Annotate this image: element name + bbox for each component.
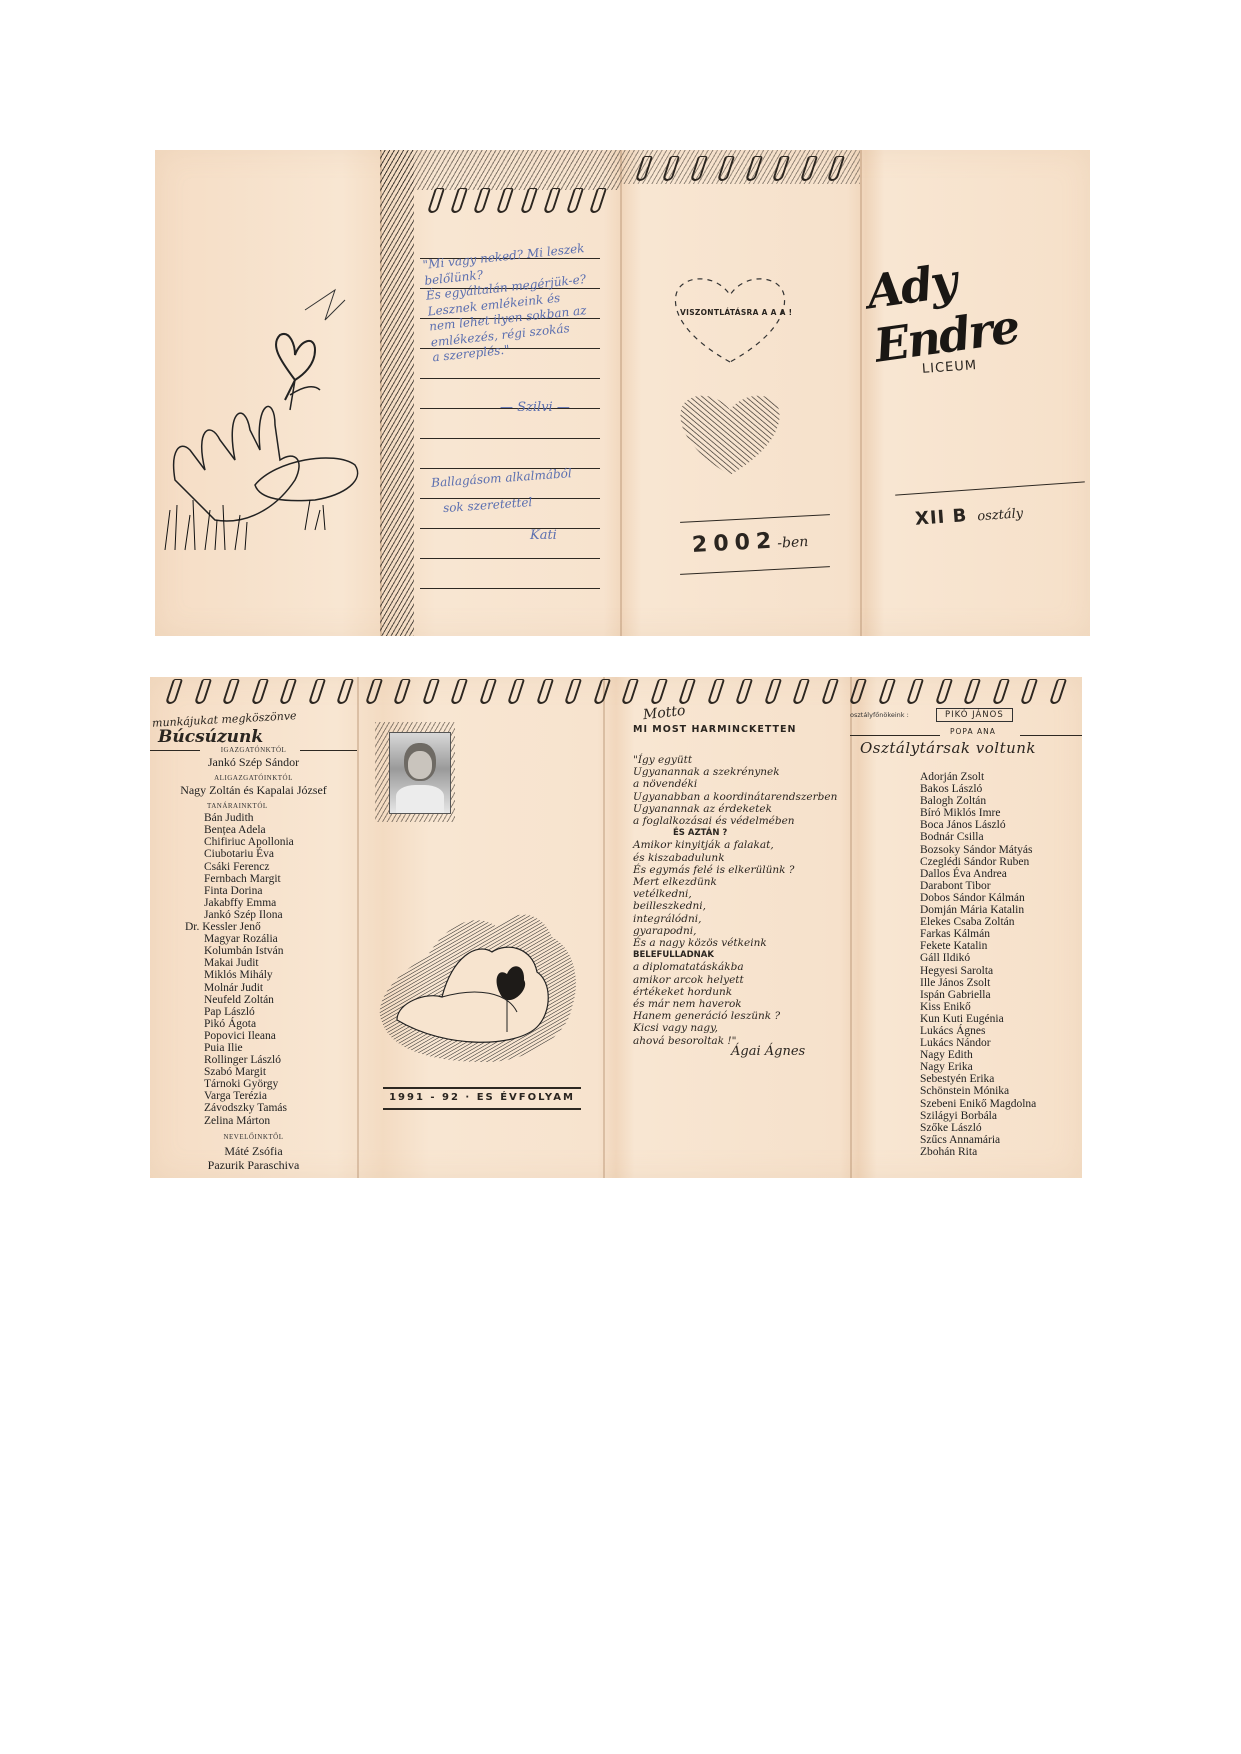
hand-flower-drawing-icon <box>155 150 380 636</box>
poem-line: értékeket hordunk <box>633 986 848 998</box>
student-name: Bakos László <box>920 783 1036 795</box>
year-banner: 1991 - 92 · ES ÉVFOLYAM <box>383 1092 581 1103</box>
student-name: Schönstein Mónika <box>920 1085 1036 1097</box>
student-name: Szebeni Enikő Magdolna <box>920 1098 1036 1110</box>
student-name: Gáll Ildikó <box>920 952 1036 964</box>
poem-line: ÉS AZTÁN ? <box>633 827 848 839</box>
handwritten-note: "Mi vagy neked? Mi leszek belőlünk? És e… <box>422 238 622 366</box>
front-panel-farewell: VISZONTLÁTÁSRA A A A ! 2002-ben <box>620 150 860 636</box>
student-name: Dobos Sándor Kálmán <box>920 892 1036 904</box>
student-name: Zbohán Rita <box>920 1146 1036 1158</box>
student-name: Sebestyén Erika <box>920 1073 1036 1085</box>
student-name: Dallos Éva Andrea <box>920 868 1036 880</box>
poem-line: integrálódni, <box>633 913 848 925</box>
teacher-name: Popovici Ileana <box>204 1030 357 1042</box>
student-name: Darabont Tibor <box>920 880 1036 892</box>
teacher-name: Pikó Ágota <box>204 1018 357 1030</box>
student-name: Balogh Zoltán <box>920 795 1036 807</box>
student-name: Ille János Zsolt <box>920 977 1036 989</box>
teacher-name: Bențea Adela <box>204 824 357 836</box>
poem-line: BELEFULLADNAK <box>633 949 848 961</box>
portrait-photo <box>389 732 451 814</box>
student-name: Nagy Erika <box>920 1061 1036 1073</box>
hatched-shadow <box>380 150 414 636</box>
front-panel-cover: Ady Endre LICEUM XII B osztály <box>860 150 1090 636</box>
hatched-shadow <box>380 150 620 190</box>
teacher-name: Puia Ilie <box>204 1042 357 1054</box>
student-name: Fekete Katalin <box>920 940 1036 952</box>
inside-panel-motto: Motto MI MOST HARMINCKETTEN "Így együttU… <box>603 677 850 1178</box>
teacher-name: Csáki Ferencz <box>204 861 357 873</box>
student-name: Bozsoky Sándor Mátyás <box>920 844 1036 856</box>
teacher-name: Bán Judith <box>204 812 357 824</box>
student-name: Adorján Zsolt <box>920 771 1036 783</box>
student-name: Farkas Kálmán <box>920 928 1036 940</box>
student-name: Bíró Miklós Imre <box>920 807 1036 819</box>
school-type: LICEUM <box>922 358 978 377</box>
student-name: Szűcs Annamária <box>920 1134 1036 1146</box>
poem-line: a diplomatatáskákba <box>633 961 848 973</box>
teacher-name: Kolumbán István <box>204 945 357 957</box>
poem-line: Ugyanabban a koordinátarendszerben <box>633 791 848 803</box>
front-panel-notebook: "Mi vagy neked? Mi leszek belőlünk? És e… <box>380 150 620 636</box>
poem-line: Ugyanannak a szekrénynek <box>633 766 848 778</box>
handwritten-farewell: Búcsúzunk <box>158 727 263 747</box>
poem-line: és már nem haverok <box>633 998 848 1010</box>
teacher-name: Finta Dorina <box>204 885 357 897</box>
teacher-name: Závodszky Tamás <box>204 1102 357 1114</box>
student-name: Ispán Gabriella <box>920 989 1036 1001</box>
teacher-name: Szabó Margit <box>204 1066 357 1078</box>
poem-line: És egymás felé is elkerülünk ? <box>633 864 848 876</box>
dedication-signature: Kati <box>530 528 557 543</box>
student-name: Szilágyi Borbála <box>920 1110 1036 1122</box>
poem-line: Mert elkezdünk <box>633 876 848 888</box>
teacher-name: Magyar Rozália <box>204 933 357 945</box>
inside-panel-teachers: munkájukat megköszönve Búcsúzunk IGAZGAT… <box>150 677 357 1178</box>
teacher-name: Zelina Márton <box>204 1115 357 1127</box>
spiral-binding <box>414 188 620 218</box>
teacher-name: Varga Terézia <box>204 1090 357 1102</box>
teacher-name: Neufeld Zoltán <box>204 994 357 1006</box>
motto-poem: "Így együttUgyanannak a szekrényneka növ… <box>633 754 848 1047</box>
teacher-name: Fernbach Margit <box>204 873 357 885</box>
poem-line: és kiszabadulunk <box>633 852 848 864</box>
homeroom-teacher-1: PIKÓ JÁNOS <box>936 708 1013 722</box>
inside-panel-photo: 1991 - 92 · ES ÉVFOLYAM <box>357 677 603 1178</box>
teacher-name: Jakabffy Emma <box>204 897 357 909</box>
leaflet-scan-inside: munkájukat megköszönve Búcsúzunk IGAZGAT… <box>150 677 1082 1178</box>
student-name: Kun Kuti Eugénia <box>920 1013 1036 1025</box>
poem-line: a foglalkozásai és védelmében <box>633 815 848 827</box>
inside-panel-classmates: osztályfőnökeink : PIKÓ JÁNOS POPA ANA O… <box>850 677 1082 1178</box>
student-name: Hegyesi Sarolta <box>920 965 1036 977</box>
teacher-name: Dr. Kessler Jenő <box>185 921 357 933</box>
poem-line: Hanem generáció leszünk ? <box>633 1010 848 1022</box>
note-signature: — Szilvi — <box>500 400 570 415</box>
student-name: Lukács Nándor <box>920 1037 1036 1049</box>
homeroom-teacher-2: POPA ANA <box>950 727 996 736</box>
heart-text: VISZONTLÁTÁSRA A A A ! <box>680 308 792 317</box>
front-panel-drawing <box>155 150 380 636</box>
class-label: XII B osztály <box>914 501 1023 529</box>
poem-author: Ágai Ágnes <box>731 1044 805 1059</box>
student-name: Nagy Edith <box>920 1049 1036 1061</box>
poem-line: vetélkedni, <box>633 888 848 900</box>
teacher-name: Makai Judit <box>204 957 357 969</box>
student-name: Bodnár Csilla <box>920 831 1036 843</box>
year-label: 2002-ben <box>691 527 808 558</box>
poem-line: "Így együtt <box>633 754 848 766</box>
hatched-heart-icon <box>675 390 785 480</box>
student-name: Szőke László <box>920 1122 1036 1134</box>
student-name: Domján Mária Katalin <box>920 904 1036 916</box>
poem-line: Ugyanannak az érdeketek <box>633 803 848 815</box>
poem-line: amikor arcok helyett <box>633 974 848 986</box>
student-name: Elekes Csaba Zoltán <box>920 916 1036 928</box>
teacher-name: Miklós Mihály <box>204 969 357 981</box>
school-name: Ady Endre <box>864 235 1097 373</box>
student-name: Boca János László <box>920 819 1036 831</box>
teacher-name: Ciubotariu Éva <box>204 848 357 860</box>
leaflet-scan-front: "Mi vagy neked? Mi leszek belőlünk? És e… <box>155 150 1090 636</box>
student-name: Lukács Ágnes <box>920 1025 1036 1037</box>
teacher-name: Tárnoki György <box>204 1078 357 1090</box>
motto-title: MI MOST HARMINCKETTEN <box>633 724 796 735</box>
hand-flower-drawing-icon <box>367 902 597 1072</box>
poem-line: a növendéki <box>633 778 848 790</box>
handwritten-dedication: Ballagásom alkalmából sok szeretettel <box>430 460 574 522</box>
dashed-heart-icon <box>670 270 790 370</box>
teacher-name: Pap László <box>204 1006 357 1018</box>
teachers-list: IGAZGATÓNKTÓL Jankó Szép Sándor ALIGAZGA… <box>150 746 357 1172</box>
student-name: Czeglédi Sándor Ruben <box>920 856 1036 868</box>
poem-line: gyarapodni, <box>633 925 848 937</box>
spiral-binding <box>620 156 860 186</box>
homeroom-label: osztályfőnökeink : <box>850 711 909 719</box>
poem-line: És a nagy közös vétkeink <box>633 937 848 949</box>
teacher-name: Chifiriuc Apollonia <box>204 836 357 848</box>
classmates-list: Adorján ZsoltBakos LászlóBalogh ZoltánBí… <box>920 771 1036 1158</box>
poem-line: Kicsi vagy nagy, <box>633 1022 848 1034</box>
classmates-heading: Osztálytársak voltunk <box>860 739 1036 757</box>
teacher-name: Molnár Judit <box>204 982 357 994</box>
poem-line: Amikor kinyitják a falakat, <box>633 839 848 851</box>
student-name: Kiss Enikő <box>920 1001 1036 1013</box>
poem-line: beilleszkedni, <box>633 900 848 912</box>
teacher-name: Rollinger László <box>204 1054 357 1066</box>
teacher-name: Jankó Szép Ilona <box>204 909 357 921</box>
motto-label: Motto <box>642 703 686 723</box>
